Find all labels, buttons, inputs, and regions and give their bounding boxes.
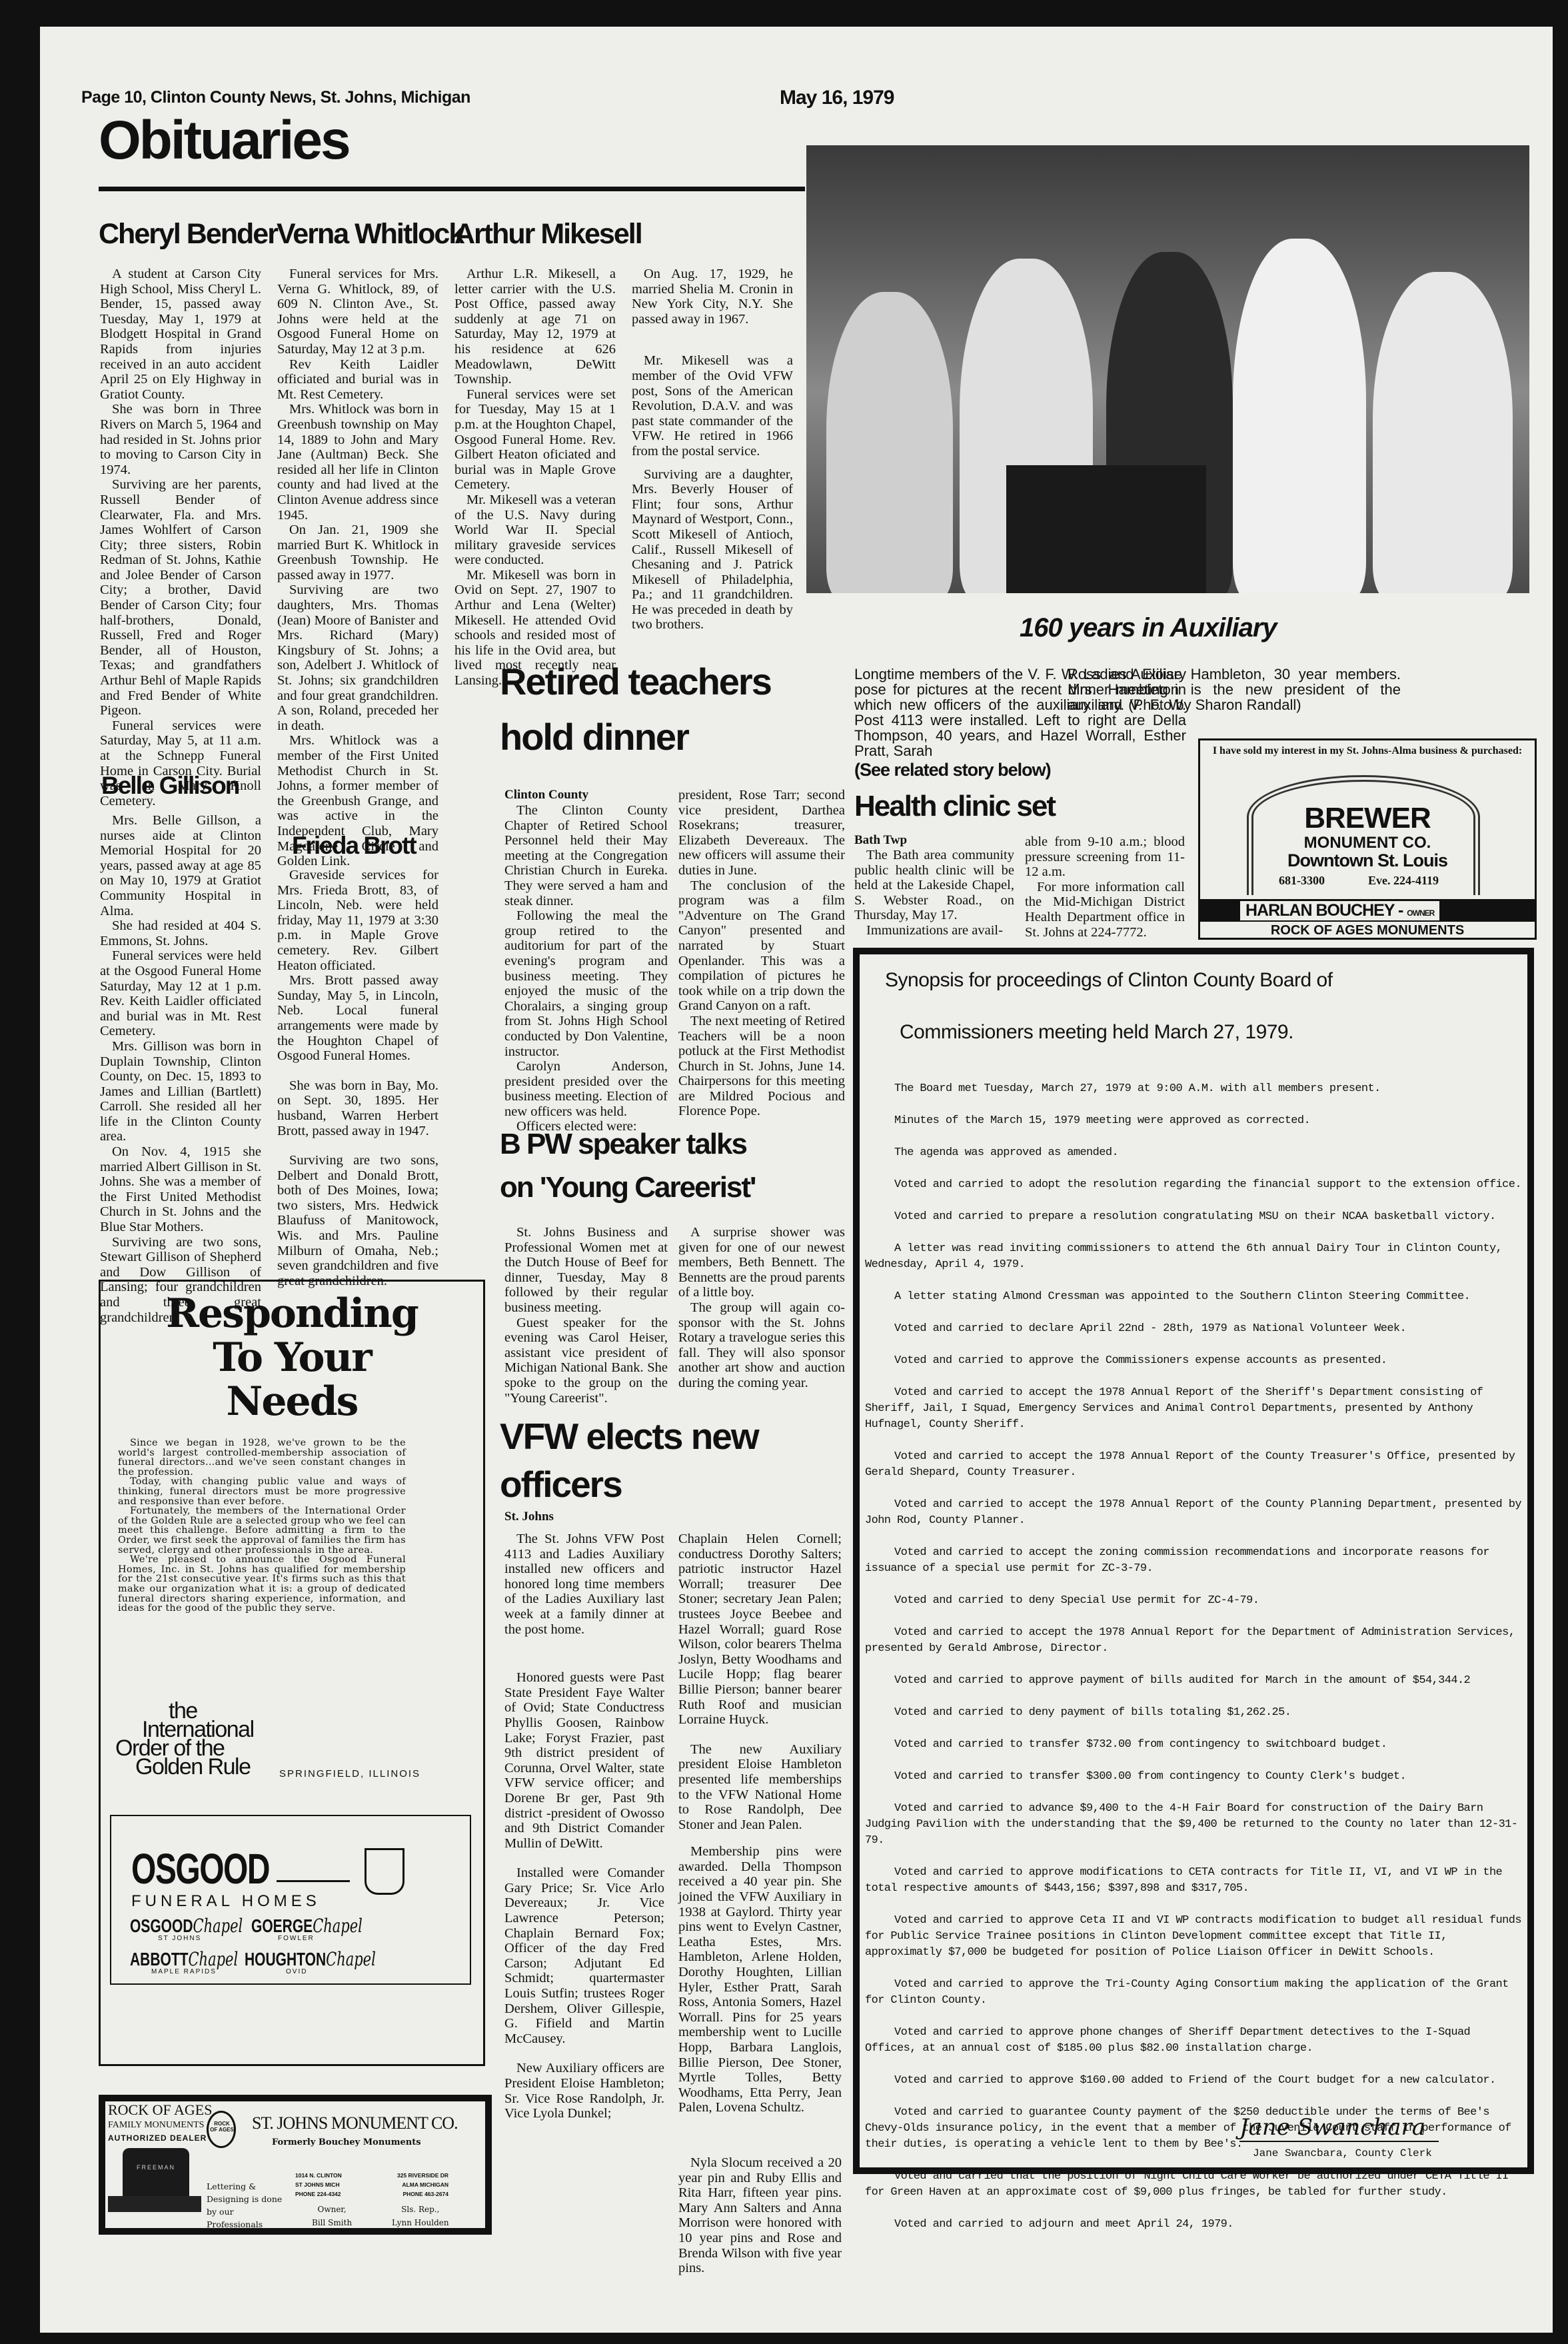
- paragraph: A surprise shower was given for one of o…: [678, 1225, 845, 1300]
- paragraph: Arthur L.R. Mikesell, a letter carrier w…: [454, 267, 616, 387]
- paragraph: We're pleased to announce the Osgood Fun…: [118, 1555, 406, 1614]
- chapel-goerge: GOERGEChapel: [251, 1915, 363, 1937]
- minutes-item: Minutes of the March 15, 1979 meeting we…: [865, 1113, 1525, 1129]
- newspaper-page: Page 10, Clinton County News, St. Johns,…: [40, 27, 1553, 2333]
- paragraph: Surviving are a daughter, Mrs. Beverly H…: [632, 467, 793, 633]
- retired-teachers-col1: The Clinton County Chapter of Retired Sc…: [504, 803, 668, 1134]
- paragraph: On Jan. 21, 1909 she married Burt K. Whi…: [277, 523, 438, 583]
- chapel-town: FOWLER: [278, 1935, 315, 1942]
- minutes-item: Voted and carried to approve phone chang…: [865, 2025, 1525, 2057]
- minutes-item: Voted and carried to accept the 1978 Ann…: [865, 1497, 1525, 1529]
- paragraph: Graveside services for Mrs. Frieda Brott…: [277, 868, 438, 973]
- paragraph: The group will again co-sponsor with the…: [678, 1300, 845, 1391]
- vfw-dateline: St. Johns: [504, 1510, 554, 1524]
- minutes-item: Voted and carried to accept the zoning c…: [865, 1545, 1525, 1577]
- paragraph: She had resided at 404 S. Emmons, St. Jo…: [100, 918, 261, 948]
- retired-teachers-headline-2: hold dinner: [500, 718, 688, 756]
- paragraph: Funeral services were set for Tuesday, M…: [454, 387, 616, 493]
- synopsis-minutes: The Board met Tuesday, March 27, 1979 at…: [865, 1081, 1525, 2249]
- golden-rule-ad: Responding To Your Needs Since we began …: [99, 1280, 485, 2066]
- paragraph: Fortunately, the members of the Internat…: [118, 1506, 406, 1555]
- synopsis-box: Synopsis for proceedings of Clinton Coun…: [853, 948, 1534, 2174]
- paragraph: Mrs. Brott passed away Sunday, May 5, in…: [277, 973, 438, 1064]
- minutes-item: A letter was read inviting commissioners…: [865, 1241, 1525, 1273]
- minutes-item: Voted and carried to accept the 1978 Ann…: [865, 1449, 1525, 1481]
- bpw-col1: St. Johns Business and Professional Wome…: [504, 1225, 668, 1406]
- vfw-headline-1: VFW elects new: [500, 1418, 758, 1455]
- minutes-item: The agenda was approved as amended.: [865, 1145, 1525, 1161]
- obit-headline-gillison: Belle Gillison: [101, 773, 239, 798]
- minutes-item: Voted and carried to approve the Tri-Cou…: [865, 1977, 1525, 2009]
- obit-body-mikesell-col1: Arthur L.R. Mikesell, a letter carrier w…: [454, 267, 616, 688]
- chapel-script: Chapel: [313, 1915, 363, 1937]
- golden-rule-body: Since we began in 1928, we've grown to b…: [118, 1438, 406, 1614]
- chapel-name: ABBOTT: [130, 1949, 188, 1969]
- brewer-location: Downtown St. Louis: [1200, 850, 1535, 871]
- address-line: ALMA MICHIGAN: [369, 2180, 448, 2189]
- paragraph: Mr. Mikesell was a member of the Ovid VF…: [632, 353, 793, 459]
- brewer-intro: I have sold my interest in my St. Johns-…: [1207, 744, 1528, 757]
- minutes-item: Voted and carried to advance $9,400 to t…: [865, 1801, 1525, 1849]
- phone: PHONE 224-4342: [295, 2189, 362, 2199]
- paragraph: Today, with changing public value and wa…: [118, 1477, 406, 1506]
- obit-body-bender: A student at Carson City High School, Mi…: [100, 267, 261, 808]
- minutes-item: Voted and carried to adjourn and meet Ap…: [865, 2217, 1525, 2233]
- bpw-headline-1: B PW speaker talks: [500, 1130, 746, 1159]
- role: Owner,: [312, 2203, 352, 2216]
- rep-credit: Sls. Rep., Lynn Houlden: [392, 2203, 449, 2229]
- minutes-item: Voted and carried to approve Ceta II and…: [865, 1913, 1525, 1961]
- headstone-base: [108, 2196, 201, 2212]
- brewer-name: BREWER: [1200, 802, 1535, 835]
- paragraph: Funeral services were held at the Osgood…: [100, 948, 261, 1039]
- osgood-sub: FUNERAL HOMES: [131, 1892, 321, 1911]
- obit-body-whitlock: Funeral services for Mrs. Verna G. Whitl…: [277, 267, 438, 869]
- vfw-col2: Chaplain Helen Cornell; conductress Doro…: [678, 1532, 842, 2276]
- paragraph: Surviving are her parents, Russell Bende…: [100, 477, 261, 718]
- minutes-item: Voted and carried that the position of N…: [865, 2169, 1525, 2201]
- chapel-script: Chapel: [193, 1915, 243, 1937]
- brewer-footer: ROCK OF AGES MONUMENTS: [1200, 923, 1535, 938]
- seal-text: ROCK OF AGES: [210, 2121, 234, 2133]
- obit-body-gillison: Mrs. Belle Gillson, a nurses aide at Cli…: [100, 813, 261, 1325]
- owner-bar: HARLAN BOUCHEY - OWNER: [1200, 899, 1535, 922]
- chapel-name: HOUGHTON: [245, 1949, 326, 1969]
- chapel-town: MAPLE RAPIDS: [151, 1968, 217, 1975]
- chapel-houghton: HOUGHTONChapel: [245, 1948, 376, 1970]
- paragraph: Mrs. Belle Gillson, a nurses aide at Cli…: [100, 813, 261, 918]
- phone: PHONE 463-2674: [369, 2189, 448, 2199]
- monument-co-name: ST. JOHNS MONUMENT CO.: [252, 2113, 458, 2133]
- brewer-owner: HARLAN BOUCHEY - OWNER: [1240, 901, 1439, 920]
- formerly-line: Formerly Bouchey Monuments: [272, 2137, 421, 2147]
- paragraph: Surviving are two sons, Delbert and Dona…: [277, 1153, 438, 1288]
- minutes-item: Voted and carried to adopt the resolutio…: [865, 1177, 1525, 1193]
- health-clinic-dateline: Bath Twp: [854, 833, 907, 848]
- golden-rule-headline: Responding To Your Needs: [101, 1292, 483, 1424]
- paragraph: Honored guests were Past State President…: [504, 1670, 664, 1851]
- see-related-note: (See related story below): [854, 760, 1051, 780]
- chapel-name: GOERGE: [251, 1915, 313, 1936]
- retired-teachers-dateline: Clinton County: [504, 788, 588, 802]
- obit-headline-bender: Cheryl Bender: [99, 220, 277, 249]
- paragraph: Following the meal the group retired to …: [504, 908, 668, 1059]
- vfw-emblem-podium: [1006, 465, 1206, 593]
- clerk-name: Jane Swancbara, County Clerk: [1253, 2147, 1432, 2159]
- person: Bill Smith: [312, 2216, 352, 2229]
- minutes-item: Voted and carried to accept the 1978 Ann…: [865, 1385, 1525, 1433]
- paragraph: Mrs. Whitlock was born in Greenbush town…: [277, 402, 438, 523]
- paragraph: Nyla Slocum received a 20 year pin and R…: [678, 2155, 842, 2276]
- paragraph: Surviving are two daughters, Mrs. Thomas…: [277, 583, 438, 733]
- owner-credit: Owner, Bill Smith: [312, 2203, 352, 2229]
- chapel-town: ST JOHNS: [158, 1935, 201, 1942]
- paragraph: Chaplain Helen Cornell; conductress Doro…: [678, 1532, 842, 1728]
- minutes-item: The Board met Tuesday, March 27, 1979 at…: [865, 1081, 1525, 1097]
- section-title: Obituaries: [99, 113, 349, 168]
- paragraph: The new Auxiliary president Eloise Hambl…: [678, 1742, 842, 1833]
- folio-line: Page 10, Clinton County News, St. Johns,…: [81, 88, 470, 107]
- minutes-item: Voted and carried to accept the 1978 Ann…: [865, 1625, 1525, 1657]
- retired-teachers-col2: president, Rose Tarr; second vice presid…: [678, 788, 845, 1119]
- paragraph: She was born in Bay, Mo. on Sept. 30, 18…: [277, 1078, 438, 1138]
- headstone-name: FREEMAN: [123, 2164, 189, 2171]
- minutes-item: Voted and carried to approve payment of …: [865, 1673, 1525, 1689]
- family-monuments-line: FAMILY MONUMENTS: [108, 2120, 204, 2131]
- minutes-item: Voted and carried to approve modificatio…: [865, 1865, 1525, 1897]
- paragraph: The Clinton County Chapter of Retired Sc…: [504, 803, 668, 908]
- paragraph: Immunizations are avail-: [854, 923, 1014, 938]
- health-clinic-headline: Health clinic set: [854, 792, 1055, 821]
- vfw-col1: The St. Johns VFW Post 4113 and Ladies A…: [504, 1532, 664, 2121]
- brewer-sub: MONUMENT CO.: [1200, 834, 1535, 852]
- osgood-rule: [277, 1880, 350, 1882]
- address-line: 325 RIVERSIDE DR: [369, 2171, 448, 2180]
- chapel-osgood: OSGOODChapel: [130, 1915, 243, 1937]
- paragraph: president, Rose Tarr; second vice presid…: [678, 788, 845, 878]
- obit-body-brott: Graveside services for Mrs. Frieda Brott…: [277, 868, 438, 1288]
- paragraph: Membership pins were awarded. Della Thom…: [678, 1844, 842, 2115]
- paragraph: Mr. Mikesell was a veteran of the U.S. N…: [454, 493, 616, 568]
- minutes-item: Voted and carried to prepare a resolutio…: [865, 1209, 1525, 1225]
- chapel-script: Chapel: [326, 1948, 376, 1970]
- paragraph: On Aug. 17, 1929, he married Shelia M. C…: [632, 267, 793, 327]
- obit-headline-mikesell: Arthur Mikesell: [454, 220, 642, 249]
- owner-tag: OWNER: [1407, 908, 1434, 918]
- brewer-evening-phone: Eve. 224-4119: [1368, 874, 1439, 888]
- paragraph: For more information call the Mid-Michig…: [1025, 880, 1185, 940]
- osgood-funeral-homes-ad: OSGOOD FUNERAL HOMES OSGOODChapel ST JOH…: [110, 1815, 471, 1985]
- brewer-monument-ad: I have sold my interest in my St. Johns-…: [1198, 738, 1537, 940]
- headline-line: Needs: [101, 1380, 483, 1424]
- minutes-item: Voted and carried to deny Special Use pe…: [865, 1593, 1525, 1609]
- paragraph: The conclusion of the program was a film…: [678, 878, 845, 1014]
- health-clinic-col2: able from 9-10 a.m.; blood pressure scre…: [1025, 834, 1185, 940]
- headstone-image: FREEMAN: [123, 2148, 189, 2196]
- obit-headline-brott: Frieda Brott: [292, 833, 416, 858]
- paragraph: Since we began in 1928, we've grown to b…: [118, 1438, 406, 1477]
- obit-headline-whitlock: Verna Whitlock: [277, 220, 463, 249]
- rock-of-ages-line: ROCK OF AGES: [108, 2103, 212, 2117]
- service-shield-icon: [365, 1848, 404, 1895]
- chapel-name: OSGOOD: [130, 1915, 193, 1936]
- paragraph: The St. Johns VFW Post 4113 and Ladies A…: [504, 1532, 664, 1637]
- role: Sls. Rep.,: [392, 2203, 449, 2216]
- paragraph: Installed were Comander Gary Price; Sr. …: [504, 1865, 664, 2046]
- osgood-name: OSGOOD: [131, 1844, 269, 1893]
- chapel-abbott: ABBOTTChapel: [130, 1948, 238, 1970]
- photo-caption-right: Ross and Eloise Hambleton, 30 year membe…: [1068, 666, 1401, 712]
- paragraph: Guest speaker for the evening was Carol …: [504, 1316, 668, 1406]
- paragraph: A student at Carson City High School, Mi…: [100, 267, 261, 402]
- chapel-town: OVID: [286, 1968, 307, 1975]
- minutes-item: Voted and carried to transfer $300.00 fr…: [865, 1769, 1525, 1785]
- owner-name: HARLAN BOUCHEY -: [1245, 901, 1403, 920]
- retired-teachers-headline-1: Retired teachers: [500, 663, 771, 700]
- st-johns-monument-ad: ROCK OF AGES FAMILY MONUMENTS AUTHORIZED…: [99, 2095, 492, 2235]
- address-line: 1014 N. CLINTON: [295, 2171, 362, 2180]
- auxiliary-photo: [806, 145, 1529, 593]
- paragraph: able from 9-10 a.m.; blood pressure scre…: [1025, 834, 1185, 880]
- headline-line: To Your: [101, 1336, 483, 1380]
- paragraph: The Bath area community public health cl…: [854, 848, 1014, 923]
- brewer-phone: 681-3300: [1279, 874, 1325, 888]
- paragraph: Carolyn Anderson, president presided ove…: [504, 1059, 668, 1119]
- health-clinic-col1: The Bath area community public health cl…: [854, 848, 1014, 938]
- address-line: ST JOHNS MICH: [295, 2180, 362, 2189]
- authorized-dealer-line: AUTHORIZED DEALER: [108, 2133, 207, 2143]
- bpw-col2: A surprise shower was given for one of o…: [678, 1225, 845, 1391]
- paragraph: Funeral services for Mrs. Verna G. Whitl…: [277, 267, 438, 357]
- minutes-item: Voted and carried to approve the Commiss…: [865, 1353, 1525, 1369]
- minutes-item: Voted and carried to declare April 22nd …: [865, 1321, 1525, 1337]
- paragraph: She was born in Three Rivers on March 5,…: [100, 402, 261, 477]
- address-alma: 325 RIVERSIDE DR ALMA MICHIGAN PHONE 463…: [369, 2171, 448, 2199]
- golden-rule-location: SPRINGFIELD, ILLINOIS: [279, 1768, 420, 1779]
- photo-caption-title: 160 years in Auxiliary: [1020, 613, 1277, 643]
- synopsis-title-2: Commissioners meeting held March 27, 197…: [900, 1021, 1293, 1044]
- vfw-headline-2: officers: [500, 1466, 622, 1503]
- golden-rule-logo: the International Order of the Golden Ru…: [115, 1702, 254, 1776]
- address-st-johns: 1014 N. CLINTON ST JOHNS MICH PHONE 224-…: [295, 2171, 362, 2199]
- rock-of-ages-seal-icon: ROCK OF AGES: [207, 2111, 236, 2148]
- minutes-item: Voted and carried to transfer $732.00 fr…: [865, 1737, 1525, 1753]
- minutes-item: A letter stating Almond Cressman was app…: [865, 1289, 1525, 1305]
- paragraph: Rev Keith Laidler officiated and burial …: [277, 357, 438, 403]
- issue-date: May 16, 1979: [780, 87, 894, 109]
- lettering-note: Lettering & Designing is done by our Pro…: [207, 2180, 287, 2231]
- minutes-item: Voted and carried to deny payment of bil…: [865, 1705, 1525, 1721]
- paragraph: The next meeting of Retired Teachers wil…: [678, 1014, 845, 1119]
- minutes-item: Voted and carried to approve $160.00 add…: [865, 2073, 1525, 2089]
- clerk-signature: Jane Swanchara: [1239, 2114, 1439, 2142]
- paragraph: Mrs. Gillison was born in Duplain Townsh…: [100, 1039, 261, 1144]
- logo-line: Golden Rule: [115, 1758, 254, 1776]
- bpw-headline-2: on 'Young Careerist': [500, 1173, 756, 1202]
- paragraph: On Nov. 4, 1915 she married Albert Gilli…: [100, 1144, 261, 1235]
- section-rule: [99, 187, 805, 191]
- paragraph: New Auxiliary officers are President Elo…: [504, 2061, 664, 2121]
- chapel-script: Chapel: [188, 1948, 238, 1970]
- person: Lynn Houlden: [392, 2216, 449, 2229]
- paragraph: St. Johns Business and Professional Wome…: [504, 1225, 668, 1316]
- obit-body-mikesell-col2: On Aug. 17, 1929, he married Shelia M. C…: [632, 267, 793, 632]
- synopsis-title-1: Synopsis for proceedings of Clinton Coun…: [885, 969, 1333, 992]
- headline-line: Responding: [101, 1292, 483, 1336]
